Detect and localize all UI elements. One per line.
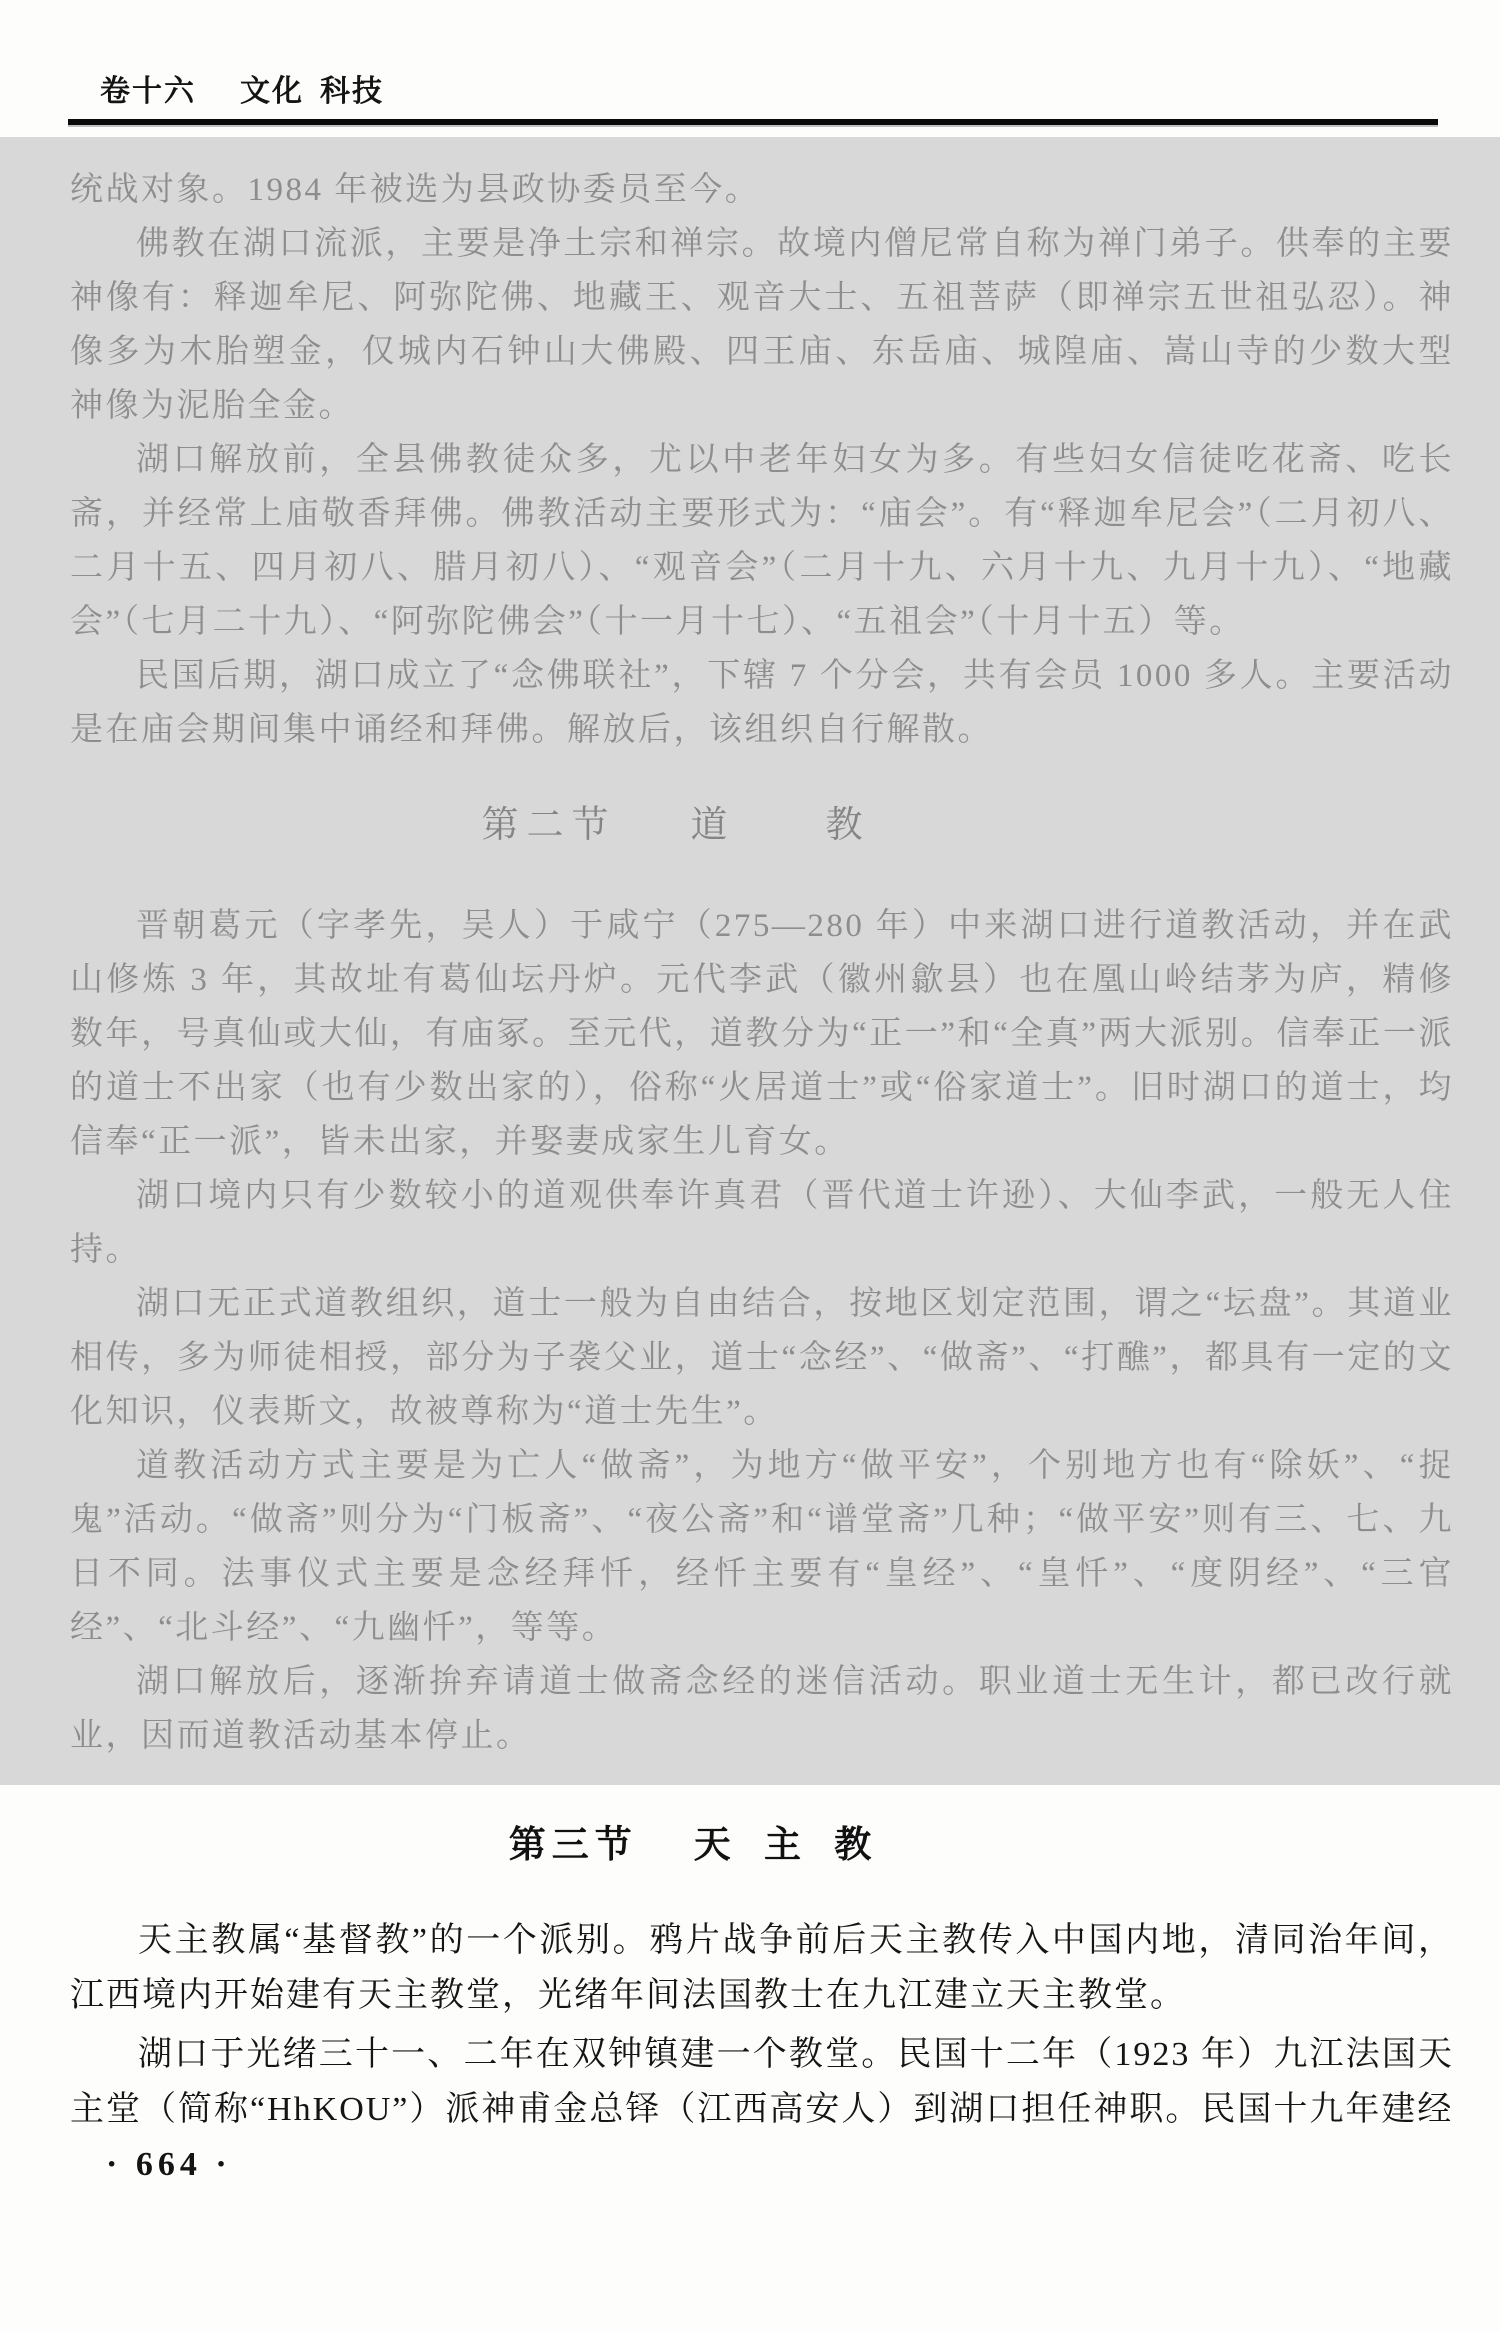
paragraph-buddhism-continuation: 统战对象。1984 年被选为县政协委员至今。 bbox=[70, 163, 1454, 217]
section-number: 第三节 bbox=[509, 1825, 638, 1866]
section-number: 第二节 bbox=[482, 805, 617, 846]
paragraph-catholicism-hukou-church: 湖口于光绪三十一、二年在双钟镇建一个教堂。民国十二年（1923 年）九江法国天主… bbox=[70, 2027, 1454, 2137]
section-heading-taoism: 第二节道 教 bbox=[0, 799, 1368, 853]
paragraph-taoism-after-liberation: 湖口解放后，逐渐拚弃请道士做斋念经的迷信活动。职业道士无生计，都已改行就业，因而… bbox=[70, 1655, 1454, 1763]
section-heading-catholicism: 第三节天 主 教 bbox=[0, 1819, 1384, 1873]
header-topic: 科技 bbox=[320, 75, 384, 108]
header-volume: 卷十六 bbox=[100, 75, 196, 108]
page-number: · 664 · bbox=[106, 2146, 232, 2184]
section-title: 天 主 教 bbox=[694, 1825, 876, 1866]
paragraph-buddhism-followers: 湖口解放前，全县佛教徒众多，尤以中老年妇女为多。有些妇女信徒吃花斋、吃长斋，并经… bbox=[70, 433, 1454, 649]
running-header: 卷十六文化科技 bbox=[100, 66, 384, 110]
scan-shaded-region: 统战对象。1984 年被选为县政协委员至今。 佛教在湖口流派，主要是净土宗和禅宗… bbox=[0, 137, 1500, 1785]
paragraph-taoism-activities: 道教活动方式主要是为亡人“做斋”，为地方“做平安”，个别地方也有“除妖”、“捉鬼… bbox=[70, 1439, 1454, 1655]
paragraph-buddhism-society: 民国后期，湖口成立了“念佛联社”，下辖 7 个分会，共有会员 1000 多人。主… bbox=[70, 649, 1454, 757]
section-title: 道 教 bbox=[691, 805, 871, 846]
paragraph-taoism-history: 晋朝葛元（字孝先，吴人）于咸宁（275—280 年）中来湖口进行道教活动，并在武… bbox=[70, 899, 1454, 1169]
paragraph-taoism-organization: 湖口无正式道教组织，道士一般为自由结合，按地区划定范围，谓之“坛盘”。其道业相传… bbox=[70, 1277, 1454, 1439]
header-category: 文化 bbox=[240, 75, 304, 108]
paragraph-taoism-temples: 湖口境内只有少数较小的道观供奉许真君（晋代道士许逊）、大仙李武，一般无人住持。 bbox=[70, 1169, 1454, 1277]
header-rule bbox=[68, 119, 1438, 125]
paragraph-buddhism-sects: 佛教在湖口流派，主要是净土宗和禅宗。故境内僧尼常自称为禅门弟子。供奉的主要神像有… bbox=[70, 217, 1454, 433]
paragraph-catholicism-origin: 天主教属“基督教”的一个派别。鸦片战争前后天主教传入中国内地，清同治年间，江西境… bbox=[70, 1913, 1454, 2023]
catholicism-section: 第三节天 主 教 天主教属“基督教”的一个派别。鸦片战争前后天主教传入中国内地，… bbox=[0, 1785, 1500, 2137]
